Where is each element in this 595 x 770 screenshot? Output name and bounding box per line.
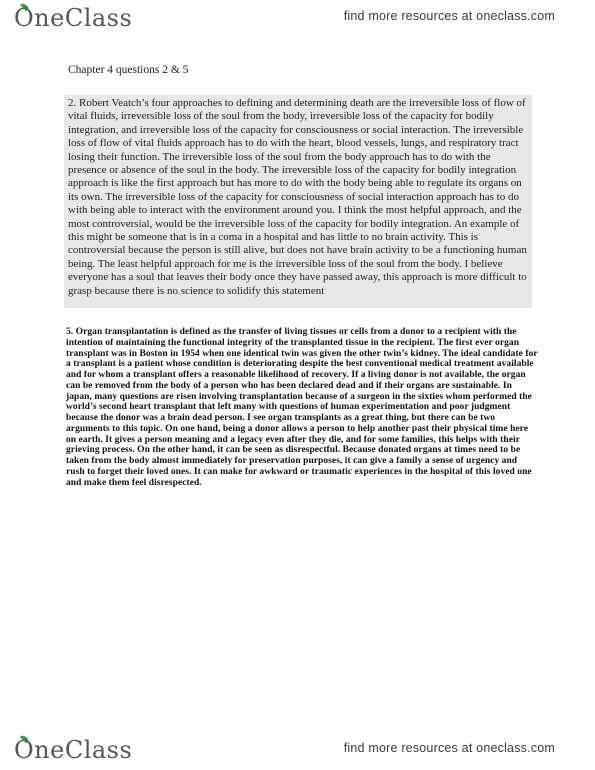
oneclass-logo-footer: OneClass: [14, 736, 132, 764]
page-header: OneClass find more resources at oneclass…: [0, 4, 595, 34]
page-title: Chapter 4 questions 2 & 5: [68, 64, 188, 76]
document-page: OneClass find more resources at oneclass…: [0, 0, 595, 770]
paragraph-question-5: 5. Organ transplantation is defined as t…: [66, 327, 538, 488]
page-footer: OneClass find more resources at oneclass…: [0, 736, 595, 766]
paragraph-question-2: 2. Robert Veatch’s four approaches to de…: [64, 95, 532, 308]
brand-wordmark-footer: OneClass: [14, 736, 132, 764]
header-tagline: find more resources at oneclass.com: [344, 9, 555, 23]
footer-tagline: find more resources at oneclass.com: [344, 741, 555, 755]
oneclass-logo: OneClass: [14, 4, 132, 32]
brand-wordmark: OneClass: [14, 4, 132, 32]
